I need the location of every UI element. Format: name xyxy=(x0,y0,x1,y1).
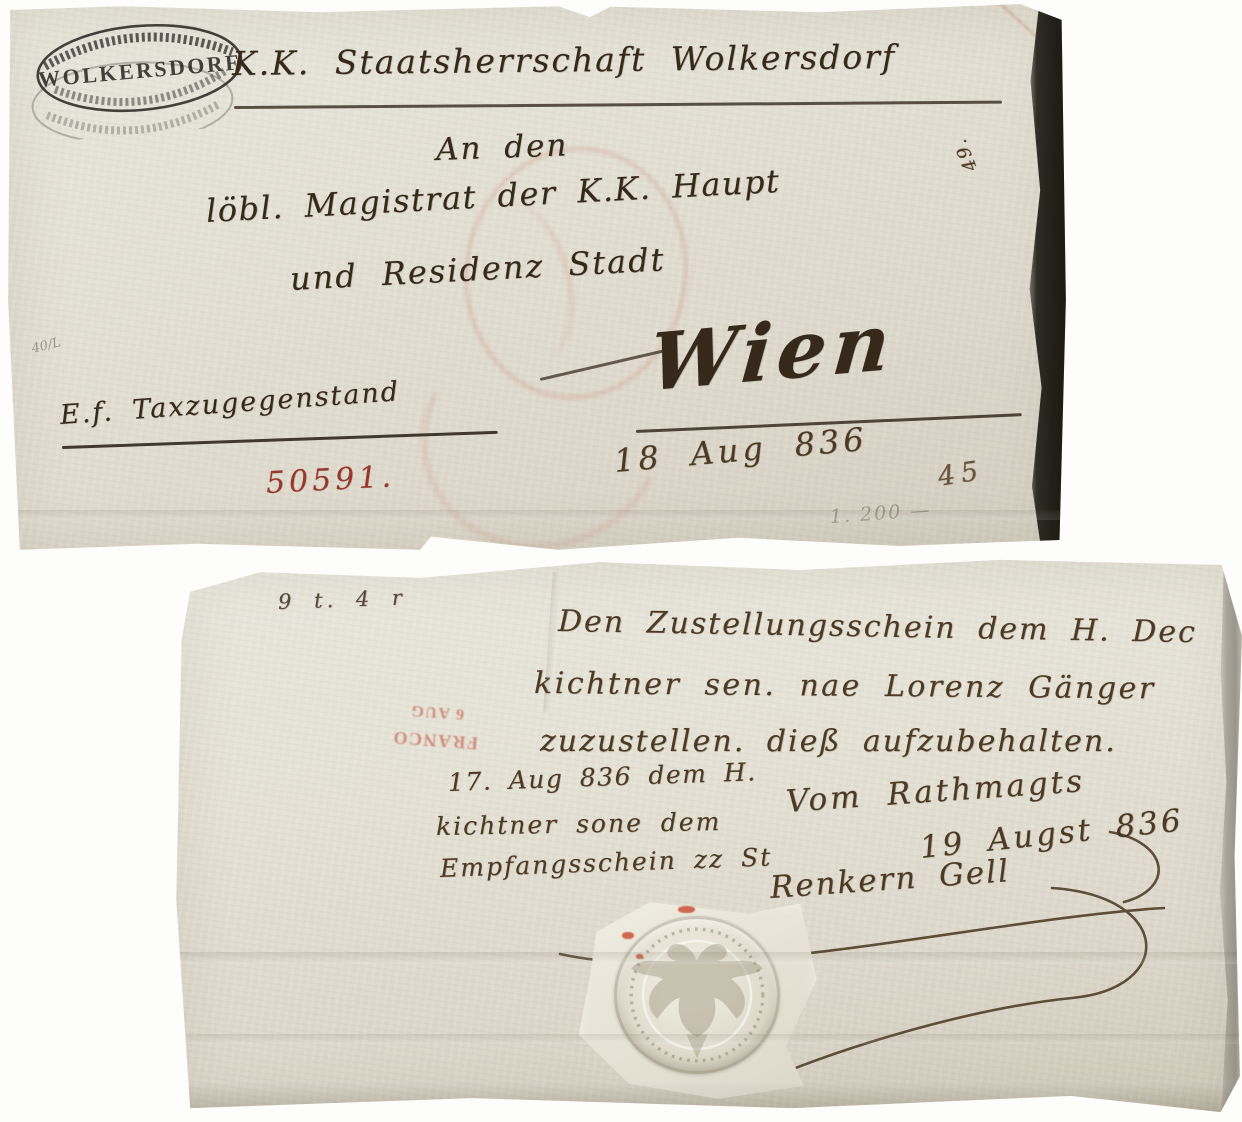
wolkersdorf-stamp: WOLKERSDORF xyxy=(23,6,256,143)
seal-wax-speck xyxy=(636,954,643,959)
photo-canvas: WOLKERSDORF K.K. Staatsherrschaft Wolker… xyxy=(0,0,1242,1122)
destination-wien: Wien xyxy=(646,296,899,410)
top-letter: WOLKERSDORF K.K. Staatsherrschaft Wolker… xyxy=(6,4,1068,552)
sender-underline xyxy=(234,101,1002,109)
paper-seal xyxy=(614,916,780,1074)
side-number-note: 49. xyxy=(949,134,981,174)
seal-eagle-icon xyxy=(614,916,780,1074)
corner-pencil-note: 40/L xyxy=(30,335,62,357)
seal-wax-speck xyxy=(622,932,634,939)
red-edge-mark xyxy=(985,0,1036,37)
bottom-letter: 9 t. 4 r FRANCO 6 AUG Den Zustellungssch… xyxy=(172,556,1242,1116)
address-line-1: An den xyxy=(435,127,569,168)
sender-line: K.K. Staatsherrschaft Wolkersdorf xyxy=(232,37,897,83)
pencil-price-note: 1. 200 — xyxy=(829,499,932,528)
crossed-tax-note: E.f. Taxzugegenstand xyxy=(59,376,401,431)
registry-number-red: 50591. xyxy=(265,459,396,501)
torn-edge-band xyxy=(1020,4,1068,552)
rate-note: 45 xyxy=(936,455,987,493)
seal-wax-speck xyxy=(678,906,695,913)
